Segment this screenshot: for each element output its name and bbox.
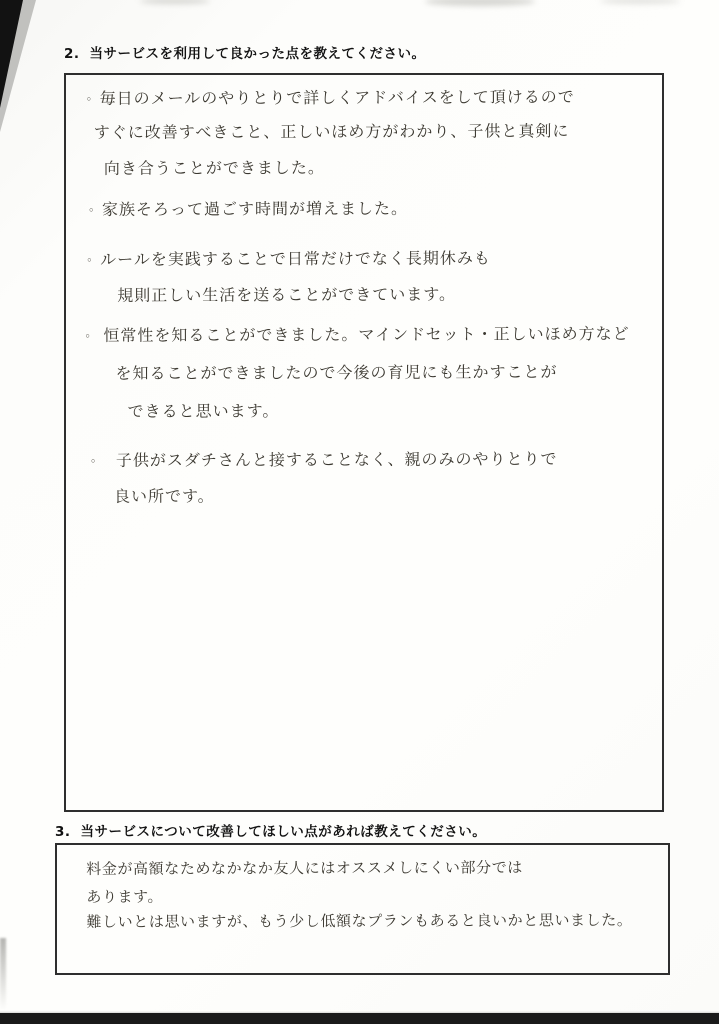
question-2-answer-box [64,73,664,812]
question-3-answer-box [55,843,670,975]
scanned-survey-page: 2.当サービスを利用して良かった点を教えてください。 3.当サービスについて改善… [0,0,719,1024]
scan-smudge [140,0,210,4]
scan-edge-artifact-topleft [0,0,23,108]
question-2-label: 2.当サービスを利用して良かった点を教えてください。 [64,42,426,62]
question-2-number: 2. [64,46,80,62]
scan-edge-artifact-bottom [0,1013,719,1024]
question-3-text: 当サービスについて改善してほしい点があれば教えてください。 [81,824,487,840]
question-3-label: 3.当サービスについて改善してほしい点があれば教えてください。 [55,820,486,840]
question-3-number: 3. [55,824,71,840]
scan-edge-artifact-left [0,938,6,1010]
question-2-text: 当サービスを利用して良かった点を教えてください。 [90,46,426,62]
scan-smudge [425,0,535,6]
scan-smudge [600,0,680,4]
